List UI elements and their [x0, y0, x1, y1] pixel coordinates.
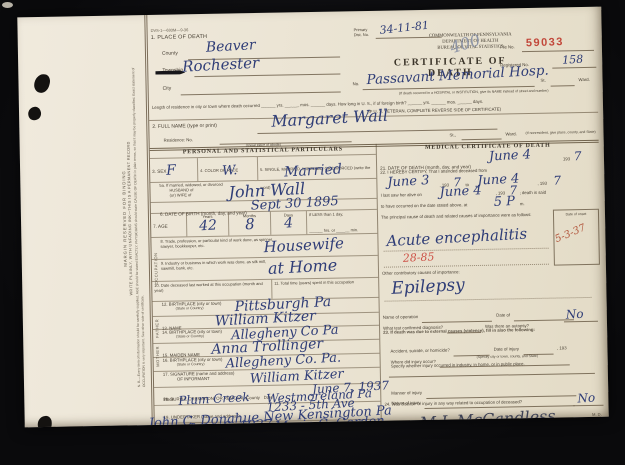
- file-no-label: File No.: [500, 44, 515, 50]
- days-value: 4: [284, 215, 294, 231]
- trade-value: Housewife: [263, 234, 344, 256]
- date-of-death-value: June 4: [489, 147, 532, 164]
- res-st-label: St.,: [449, 132, 456, 137]
- years-value: 42: [199, 217, 218, 234]
- scanned-death-certificate: MARGIN RESERVED FOR BINDING WRITE PLAINL…: [0, 0, 625, 465]
- county-label: County: [162, 50, 178, 57]
- county-value: Beaver: [205, 37, 256, 56]
- trade-label: 8. Trade, profession, or particular kind…: [160, 236, 278, 249]
- township-value: Rochester: [182, 54, 260, 76]
- age-label: 7. AGE: [153, 224, 168, 229]
- contributory-value: Epilepsy: [391, 275, 465, 299]
- file-no-stamp: 59033: [526, 36, 564, 49]
- medical-column: MEDICAL CERTIFICATE OF DEATH 21. DATE OF…: [377, 140, 604, 421]
- md-do-label: M. D. D. O.: [592, 412, 602, 423]
- sex-label: 3. SEX: [152, 169, 166, 174]
- industry-label: 9. Industry or business in which work wa…: [161, 258, 279, 271]
- industry-value: at Home: [267, 255, 337, 278]
- cause-code: 28-85: [402, 250, 434, 265]
- res-st-blank: [462, 138, 502, 141]
- file-no-blank: [522, 49, 594, 52]
- m-label: m.: [520, 201, 525, 206]
- occurred-label: to have occurred on the date stated abov…: [381, 202, 468, 209]
- scan-scratch: [2, 2, 13, 8]
- sex-value: F: [166, 162, 177, 178]
- specify-blank: [389, 372, 595, 378]
- ink-blot: [32, 72, 51, 94]
- marital-value: Married: [284, 161, 343, 180]
- less-than-day-cell: If LESS than 1 day, ______ hrs. or _____…: [307, 210, 377, 234]
- personal-column: OCCUPATION FATHER MOTHER PERSONAL AND ST…: [150, 144, 382, 425]
- to-193: , 193: [537, 181, 547, 187]
- onset-label: Date of onset: [554, 210, 598, 217]
- burial-county-label: County: [246, 395, 260, 401]
- ward-label: Ward.: [578, 77, 589, 83]
- form-columns: OCCUPATION FATHER MOTHER PERSONAL AND ST…: [150, 140, 604, 425]
- ink-blot: [38, 416, 52, 427]
- attended-from-value: June 3: [387, 173, 430, 190]
- age-months-cell: Months 8: [229, 212, 271, 236]
- age-years-cell: Years 42: [187, 213, 229, 237]
- last-saw-label: I last saw her alive on: [381, 192, 422, 198]
- city-label: City: [163, 86, 172, 92]
- registered-no-value: 158: [562, 53, 584, 67]
- less-label: If LESS than 1 day,: [309, 211, 375, 217]
- form-header: DVS-1—693M—9-36 1. PLACE OF DEATH County…: [148, 20, 599, 151]
- total-time-label: 11. Total time (years) spent in this occ…: [274, 279, 376, 286]
- age-label-cell: 7. AGE: [151, 213, 187, 237]
- death-said: ; death is said: [520, 190, 547, 196]
- specify-label: Specify whether injury occurred in indus…: [391, 361, 525, 369]
- principal-cause-label: The principal cause of death and related…: [381, 212, 541, 220]
- months-value: 8: [245, 215, 255, 233]
- fullname-label: 2. FULL NAME (type or print): [152, 123, 217, 130]
- st-blank: [551, 84, 575, 86]
- last-worked-label: 10. Date deceased last worked at this oc…: [154, 281, 269, 293]
- ink-blot: [26, 105, 43, 122]
- color-cell: 4. COLOR OR RACE W.: [198, 157, 258, 181]
- dod-year-value: 7: [574, 149, 582, 163]
- street-no-label: No.: [353, 81, 360, 86]
- place-of-death-label: 1. PLACE OF DEATH: [151, 34, 208, 42]
- hour-value: 5 P: [493, 194, 515, 210]
- signed-label: (Signed): [388, 422, 404, 427]
- city-blank: [181, 90, 341, 95]
- age-days-cell: Days 4: [271, 211, 307, 235]
- cause-of-death-value: Acute encephalitis: [386, 225, 527, 250]
- binding-margin-text: MARGIN RESERVED FOR BINDING WRITE PLAINL…: [119, 49, 146, 387]
- marital-cell: 5. SINGLE, MARRIED, WIDOWED, OR DIVORCED…: [258, 155, 376, 180]
- less-units: ______ hrs. or ______ min.: [309, 227, 358, 233]
- sex-cell: 3. SEX F: [150, 158, 198, 182]
- to-year: 7: [553, 173, 561, 187]
- related-blank: [573, 404, 603, 407]
- registered-no-blank: [552, 66, 596, 69]
- certificate-form: DVS-1—693M—9-36 1. PLACE OF DEATH County…: [144, 7, 603, 425]
- certificate-paper: MARGIN RESERVED FOR BINDING WRITE PLAINL…: [17, 7, 608, 428]
- primary-dist-label-2: Dist. No.: [354, 32, 369, 37]
- crossout-mark: [155, 70, 185, 75]
- form-code: DVS-1—693M—9-36: [151, 27, 189, 33]
- residence-label: Residence: No.: [164, 137, 193, 143]
- onset-value: 5-3-37: [553, 222, 587, 245]
- autopsy-blank: [564, 320, 598, 323]
- last-saw-value: June 4: [439, 183, 482, 200]
- color-value: W.: [222, 163, 238, 179]
- date-of-onset-box: Date of onset 5-3-37: [553, 209, 600, 266]
- row-filed: 20. FILED June 6, 1937 Marie C. Gordon R…: [155, 420, 381, 428]
- physician-signature: M L McCandless: [419, 406, 556, 427]
- dod-193-printed: 193: [563, 156, 570, 161]
- fullname-value: Margaret Wall: [271, 106, 389, 131]
- physician-address: Rochester Pa: [426, 422, 527, 427]
- res-ward-label: Ward.: [505, 131, 516, 137]
- nonresident-note: (If nonresident, give place, county, and…: [525, 130, 599, 136]
- burial-place-label: Place: [163, 397, 174, 403]
- st-label: St.: [540, 78, 545, 83]
